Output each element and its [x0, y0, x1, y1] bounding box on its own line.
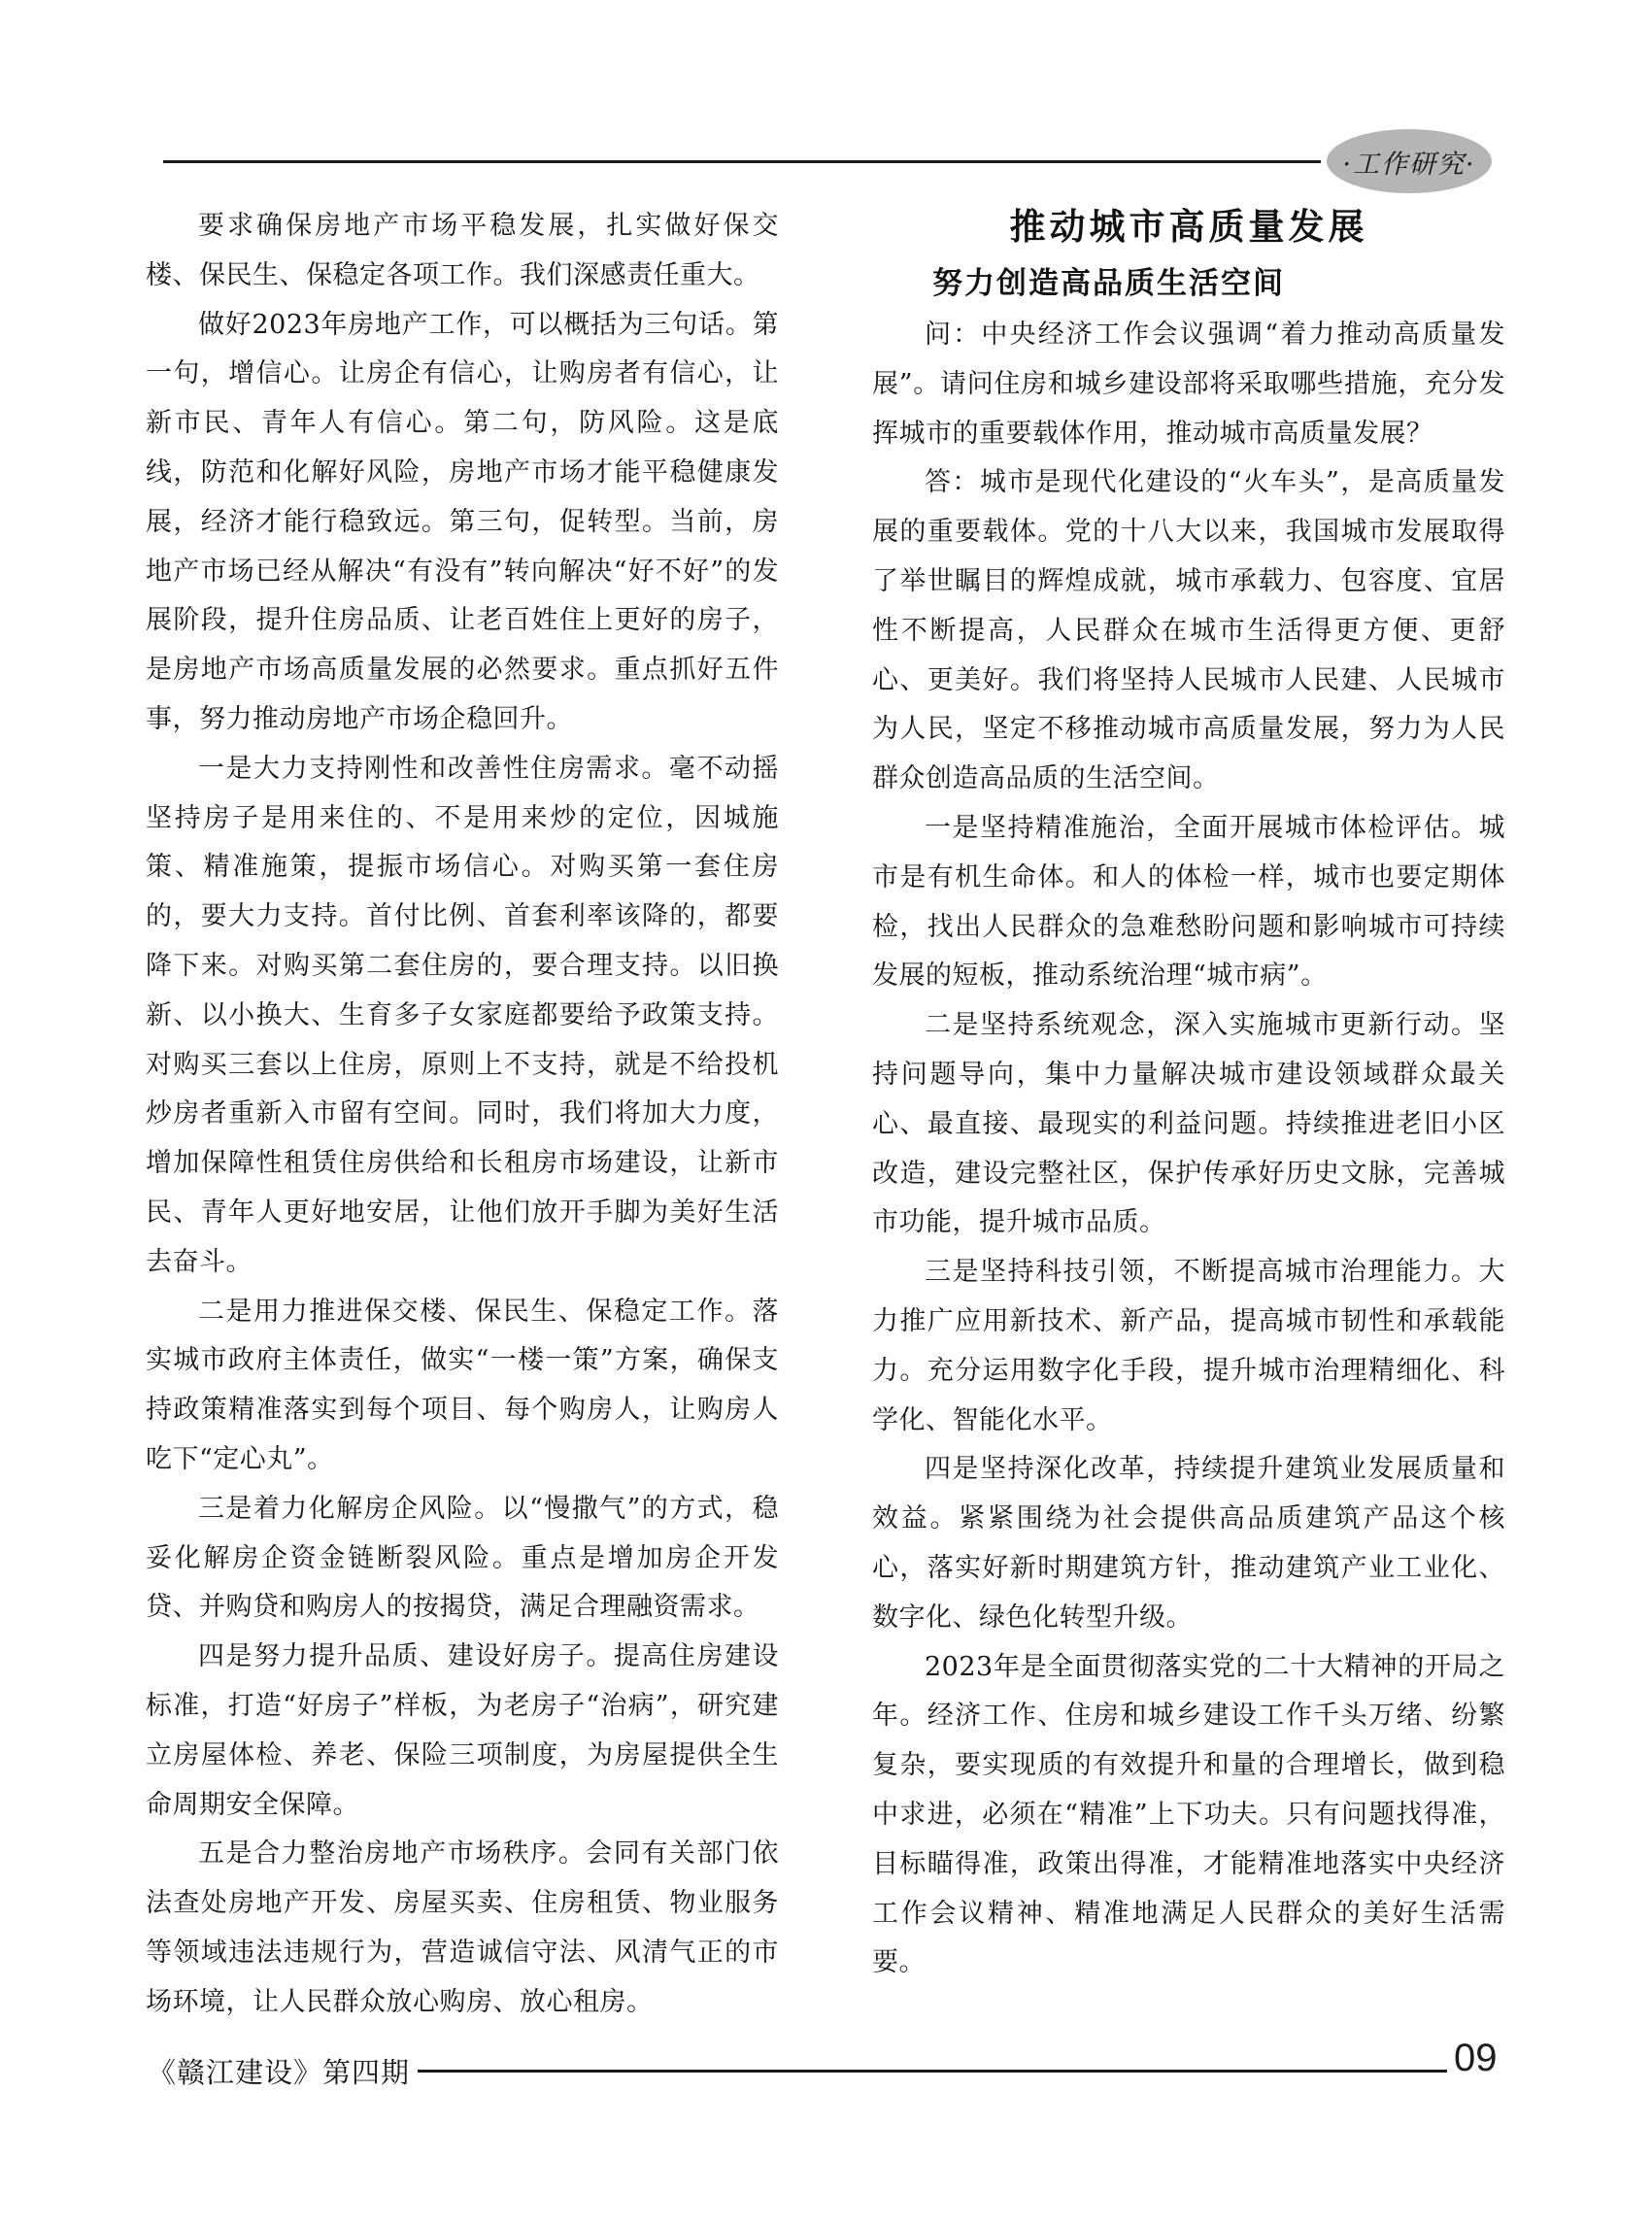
- paragraph: 四是坚持深化改革，持续提升建筑业发展质量和效益。紧紧围绕为社会提供高品质建筑产品…: [872, 1445, 1505, 1642]
- section-badge: ·工作研究·: [1327, 129, 1492, 193]
- article-subtitle: 努力创造高品质生活空间: [872, 258, 1505, 309]
- magazine-page: ·工作研究· 要求确保房地产市场平稳发展，扎实做好保交楼、保民生、保稳定各项工作…: [0, 0, 1652, 2225]
- left-column: 要求确保房地产市场平稳发展，扎实做好保交楼、保民生、保稳定各项工作。我们深感责任…: [146, 202, 779, 2027]
- paragraph: 二是用力推进保交楼、保民生、保稳定工作。落实城市政府主体责任，做实“一楼一策”方…: [146, 1288, 779, 1485]
- section-badge-label: ·工作研究·: [1342, 143, 1475, 181]
- paragraph: 四是努力提升品质、建设好房子。提高住房建设标准，打造“好房子”样板，为老房子“治…: [146, 1633, 779, 1830]
- paragraph: 三是着力化解房企风险。以“慢撒气”的方式，稳妥化解房企资金链断裂风险。重点是增加…: [146, 1485, 779, 1633]
- footer-rule: [418, 2070, 1447, 2073]
- footer-journal-title: 《赣江建设》第四期: [148, 2051, 410, 2091]
- paragraph: 五是合力整治房地产市场秩序。会同有关部门依法查处房地产开发、房屋买卖、住房租赁、…: [146, 1830, 779, 2027]
- header-rule: [163, 160, 1321, 163]
- paragraph: 三是坚持科技引领，不断提高城市治理能力。大力推广应用新技术、新产品，提高城市韧性…: [872, 1248, 1505, 1445]
- article-title: 推动城市高质量发展: [872, 202, 1505, 258]
- paragraph: 一是坚持精准施治，全面开展城市体检评估。城市是有机生命体。和人的体检一样，城市也…: [872, 804, 1505, 1001]
- article-body: 要求确保房地产市场平稳发展，扎实做好保交楼、保民生、保稳定各项工作。我们深感责任…: [146, 202, 1506, 2027]
- paragraph: 做好2023年房地产工作，可以概括为三句话。第一句，增信心。让房企有信心，让购房…: [146, 301, 779, 745]
- paragraph: 要求确保房地产市场平稳发展，扎实做好保交楼、保民生、保稳定各项工作。我们深感责任…: [146, 202, 779, 301]
- paragraph: 二是坚持系统观念，深入实施城市更新行动。坚持问题导向，集中力量解决城市建设领域群…: [872, 1001, 1505, 1248]
- paragraph: 问：中央经济工作会议强调“着力推动高质量发展”。请问住房和城乡建设部将采取哪些措…: [872, 311, 1505, 458]
- paragraph: 一是大力支持刚性和改善性住房需求。毫不动摇坚持房子是用来住的、不是用来炒的定位，…: [146, 745, 779, 1288]
- footer-page-number: 09: [1454, 2039, 1498, 2077]
- paragraph: 答：城市是现代化建设的“火车头”，是高质量发展的重要载体。党的十八大以来，我国城…: [872, 458, 1505, 804]
- paragraph: 2023年是全面贯彻落实党的二十大精神的开局之年。经济工作、住房和城乡建设工作千…: [872, 1643, 1505, 1989]
- right-column: 推动城市高质量发展 努力创造高品质生活空间 问：中央经济工作会议强调“着力推动高…: [872, 202, 1505, 2027]
